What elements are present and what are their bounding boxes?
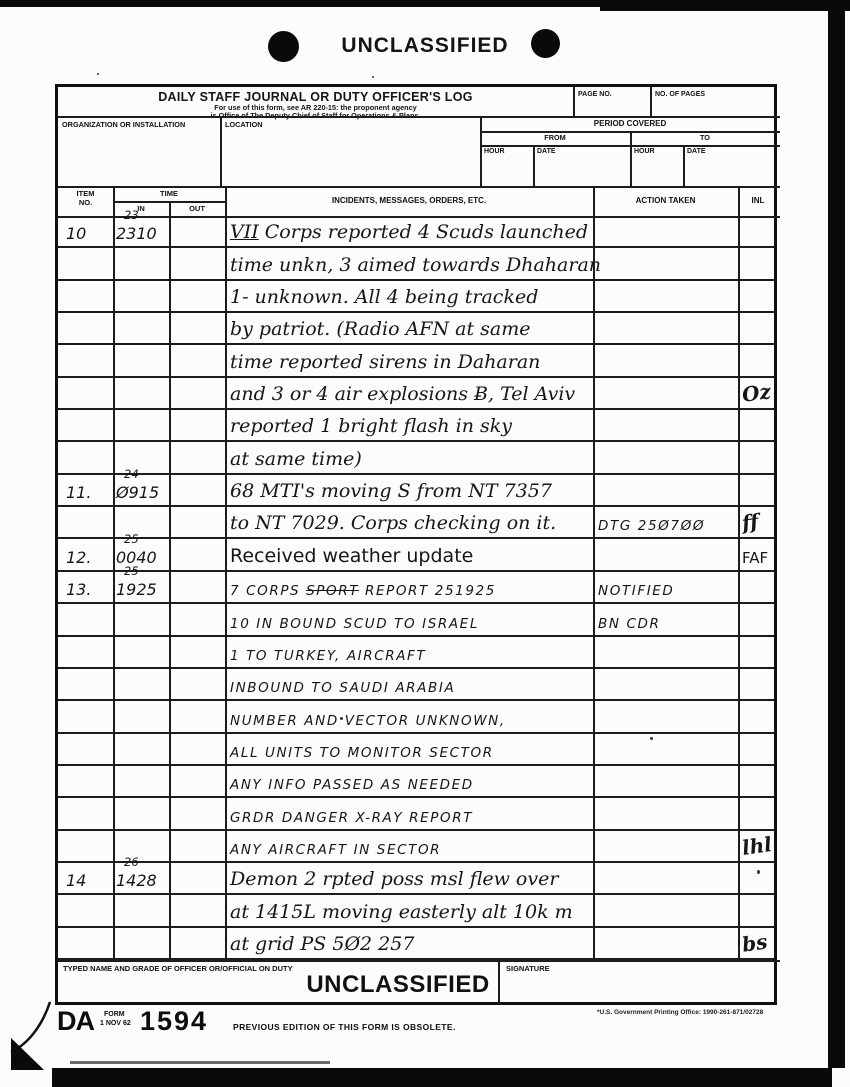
period-covered-label: PERIOD COVERED [480, 119, 780, 128]
incident-segment: at same time) [230, 448, 362, 470]
incident-segment: at 1415L moving easterly alt 10k m [230, 901, 573, 923]
grid-line [58, 216, 780, 218]
table-row: and 3 or 4 air explosions Ƀ, Tel AvivOz [58, 378, 774, 410]
inl-initials: FAF [742, 549, 768, 567]
incidents-col-label: INCIDENTS, MESSAGES, ORDERS, ETC. [225, 196, 593, 205]
incident-text: Demon 2 rpted poss msl flew over [230, 868, 558, 890]
table-row: NUMBER AND VECTOR UNKNOWN, [58, 701, 774, 733]
action-text: BN CDR [598, 616, 660, 632]
speck [97, 73, 99, 75]
incident-segment: time reported sirens in Daharan [230, 351, 540, 373]
incident-segment: ANY AIRCRAFT IN SECTOR [230, 842, 441, 858]
table-row: at same time) [58, 442, 774, 474]
incident-text: reported 1 bright flash in sky [230, 415, 512, 437]
grid-line [533, 145, 535, 186]
action-text: DTG 25Ø7ØØ [598, 518, 705, 534]
incident-text: ANY INFO PASSED AS NEEDED [230, 777, 474, 793]
time-out-col-label: OUT [169, 204, 225, 213]
date-from-label: DATE [537, 148, 556, 155]
speck [372, 76, 374, 78]
form-date: 1 NOV 62 [100, 1020, 131, 1027]
incident-text: 1- unknown. All 4 being tracked [230, 286, 538, 308]
item-col-label-1: ITEM [58, 189, 113, 198]
page-no-label: PAGE NO. [578, 91, 612, 98]
from-label: FROM [480, 133, 630, 142]
action-text: NOTIFIED [598, 583, 674, 599]
table-row: reported 1 bright flash in sky [58, 410, 774, 442]
incident-segment: ALL UNITS TO MONITOR SECTOR [230, 745, 494, 761]
table-row: ALL UNITS TO MONITOR SECTOR [58, 734, 774, 766]
table-row: time reported sirens in Daharan [58, 345, 774, 377]
inl-initials: Oz [740, 379, 772, 407]
table-row: 14261428Demon 2 rpted poss msl flew over [58, 863, 774, 895]
grid-line [498, 960, 500, 1005]
incident-segment: NUMBER AND VECTOR UNKNOWN, [230, 713, 506, 729]
incident-segment: at grid PS 5Ø2 257 [230, 933, 414, 955]
scanned-da-form-1594-page: { "classification": { "top": "UNCLASSIFI… [0, 0, 850, 1087]
incident-text: at grid PS 5Ø2 257 [230, 933, 414, 955]
day-superscript: 25 [124, 564, 139, 578]
incident-text: VII Corps reported 4 Scuds launched [230, 221, 588, 243]
incident-text: 1 TO TURKEY, AIRCRAFT [230, 648, 426, 664]
form-title-block: DAILY STAFF JOURNAL OR DUTY OFFICER'S LO… [58, 87, 573, 116]
table-row: 12.250040Received weather updateFAF [58, 539, 774, 571]
incident-text: by patriot. (Radio AFN at same [230, 318, 530, 340]
obsolete-note: PREVIOUS EDITION OF THIS FORM IS OBSOLET… [233, 1022, 456, 1032]
day-superscript: 25 [124, 532, 139, 546]
incident-text: to NT 7029. Corps checking on it. [230, 512, 556, 534]
table-row: 11.24Ø91568 MTI's moving S from NT 7357 [58, 475, 774, 507]
incident-text: ANY AIRCRAFT IN SECTOR [230, 842, 441, 858]
scan-edge-top-right [600, 0, 850, 11]
inl-initials: ff [740, 509, 760, 535]
incident-segment: 1- unknown. All 4 being tracked [230, 286, 538, 308]
gpo-print-line: *U.S. Government Printing Office: 1990-2… [597, 1009, 763, 1016]
da-form-1594: DAILY STAFF JOURNAL OR DUTY OFFICER'S LO… [55, 84, 777, 1005]
item-col-label-2: NO. [58, 198, 113, 207]
time-col-label: TIME [113, 189, 225, 198]
table-row: time unkn, 3 aimed towards Dhaharan [58, 248, 774, 280]
grid-line [58, 186, 780, 188]
day-superscript: 24 [124, 467, 139, 481]
scan-smudge-bottom-left [70, 1061, 330, 1064]
incident-segment: by patriot. (Radio AFN at same [230, 318, 530, 340]
grid-line [650, 87, 652, 116]
grid-line [220, 116, 222, 186]
item-no: 13. [66, 580, 91, 599]
grid-line [593, 186, 595, 960]
table-row: 10232310VII Corps reported 4 Scuds launc… [58, 216, 774, 248]
incident-text: INBOUND TO SAUDI ARABIA [230, 680, 455, 696]
signature-label: SIGNATURE [506, 964, 550, 973]
classification-stamp-bottom: UNCLASSIFIED [288, 971, 508, 999]
grid-line [169, 201, 171, 960]
form-title: DAILY STAFF JOURNAL OR DUTY OFFICER'S LO… [58, 90, 573, 104]
item-no: 11. [66, 483, 91, 502]
journal-body: 10232310VII Corps reported 4 Scuds launc… [58, 216, 774, 960]
time-in: 1925 [116, 580, 157, 599]
inl-col-label: INL [738, 196, 778, 205]
table-row: at 1415L moving easterly alt 10k m [58, 895, 774, 927]
incident-segment: and 3 or 4 air explosions Ƀ, Tel Aviv [230, 383, 575, 405]
form-number: 1594 [140, 1006, 208, 1037]
table-row: 1- unknown. All 4 being tracked [58, 281, 774, 313]
incident-text: time reported sirens in Daharan [230, 351, 540, 373]
incident-text: GRDR DANGER X-RAY REPORT [230, 810, 473, 826]
incident-segment: VII [230, 221, 259, 243]
table-row: ANY AIRCRAFT IN SECTORlhl [58, 831, 774, 863]
incident-segment: GRDR DANGER X-RAY REPORT [230, 810, 473, 826]
scan-edge-right [828, 6, 845, 1068]
form-word: FORM [104, 1011, 125, 1018]
incident-segment: SPORT [306, 583, 359, 599]
scan-edge-bottom [52, 1068, 832, 1087]
incident-text: Received weather update [230, 545, 473, 567]
table-row: GRDR DANGER X-RAY REPORT [58, 798, 774, 830]
incident-segment: time unkn, 3 aimed towards Dhaharan [230, 254, 601, 276]
incident-segment: ANY INFO PASSED AS NEEDED [230, 777, 474, 793]
day-superscript: 23 [124, 208, 139, 222]
table-row: 10 IN BOUND SCUD TO ISRAELBN CDR [58, 604, 774, 636]
day-superscript: 26 [124, 855, 139, 869]
incident-text: at 1415L moving easterly alt 10k m [230, 901, 573, 923]
incident-segment: Received weather update [230, 545, 473, 567]
time-in: 2310 [116, 224, 157, 243]
incident-text: 68 MTI's moving S from NT 7357 [230, 480, 552, 502]
item-no: 10 [66, 224, 86, 243]
table-row: by patriot. (Radio AFN at same [58, 313, 774, 345]
table-row: 13.2519257 CORPS SPORT REPORT 251925NOTI… [58, 572, 774, 604]
incident-segment: reported 1 bright flash in sky [230, 415, 512, 437]
grid-line [58, 960, 780, 962]
date-to-label: DATE [687, 148, 706, 155]
incident-text: at same time) [230, 448, 362, 470]
grid-line [58, 116, 780, 118]
table-row: 1 TO TURKEY, AIRCRAFT [58, 637, 774, 669]
incident-text: 7 CORPS SPORT REPORT 251925 [230, 583, 496, 599]
incident-text: ALL UNITS TO MONITOR SECTOR [230, 745, 494, 761]
time-in: Ø915 [116, 483, 159, 502]
item-no: 12. [66, 548, 91, 567]
time-in-col-label: IN [113, 204, 169, 213]
table-row: to NT 7029. Corps checking on it.DTG 25Ø… [58, 507, 774, 539]
incident-segment: to NT 7029. Corps checking on it. [230, 512, 556, 534]
incident-segment: 68 MTI's moving S from NT 7357 [230, 480, 552, 502]
table-row: at grid PS 5Ø2 257bs [58, 928, 774, 960]
typed-name-label: TYPED NAME AND GRADE OF OFFICER OR/OFFIC… [63, 964, 293, 973]
incident-segment: 7 CORPS [230, 583, 306, 599]
location-label: LOCATION [225, 120, 263, 129]
da-prefix: DA [57, 1006, 94, 1037]
incident-segment: Demon 2 rpted poss msl flew over [230, 868, 558, 890]
incident-text: time unkn, 3 aimed towards Dhaharan [230, 254, 601, 276]
inl-initials: bs [740, 929, 768, 956]
grid-line [480, 116, 482, 186]
classification-banner-top: UNCLASSIFIED [0, 34, 850, 58]
no-of-pages-label: NO. OF PAGES [655, 91, 705, 98]
incident-segment: Corps reported 4 Scuds launched [259, 221, 588, 243]
hour-from-label: HOUR [484, 148, 505, 155]
incident-text: and 3 or 4 air explosions Ƀ, Tel Aviv [230, 383, 575, 405]
grid-line [113, 186, 115, 960]
grid-line [225, 186, 227, 960]
item-no: 14 [66, 871, 86, 890]
action-col-label: ACTION TAKEN [593, 196, 738, 205]
time-in: 1428 [116, 871, 157, 890]
grid-line [630, 131, 632, 186]
organization-label: ORGANIZATION OR INSTALLATION [62, 120, 185, 129]
hour-to-label: HOUR [634, 148, 655, 155]
grid-line [738, 186, 740, 960]
incident-segment: REPORT 251925 [359, 583, 496, 599]
table-row: ANY INFO PASSED AS NEEDED [58, 766, 774, 798]
incident-segment: 1 TO TURKEY, AIRCRAFT [230, 648, 426, 664]
to-label: TO [630, 133, 780, 142]
grid-line [683, 145, 685, 186]
table-row: INBOUND TO SAUDI ARABIA [58, 669, 774, 701]
incident-text: NUMBER AND VECTOR UNKNOWN, [230, 713, 506, 729]
incident-segment: INBOUND TO SAUDI ARABIA [230, 680, 455, 696]
inl-initials: lhl [740, 832, 773, 860]
incident-text: 10 IN BOUND SCUD TO ISRAEL [230, 616, 479, 632]
grid-line [573, 87, 575, 116]
incident-segment: 10 IN BOUND SCUD TO ISRAEL [230, 616, 479, 632]
